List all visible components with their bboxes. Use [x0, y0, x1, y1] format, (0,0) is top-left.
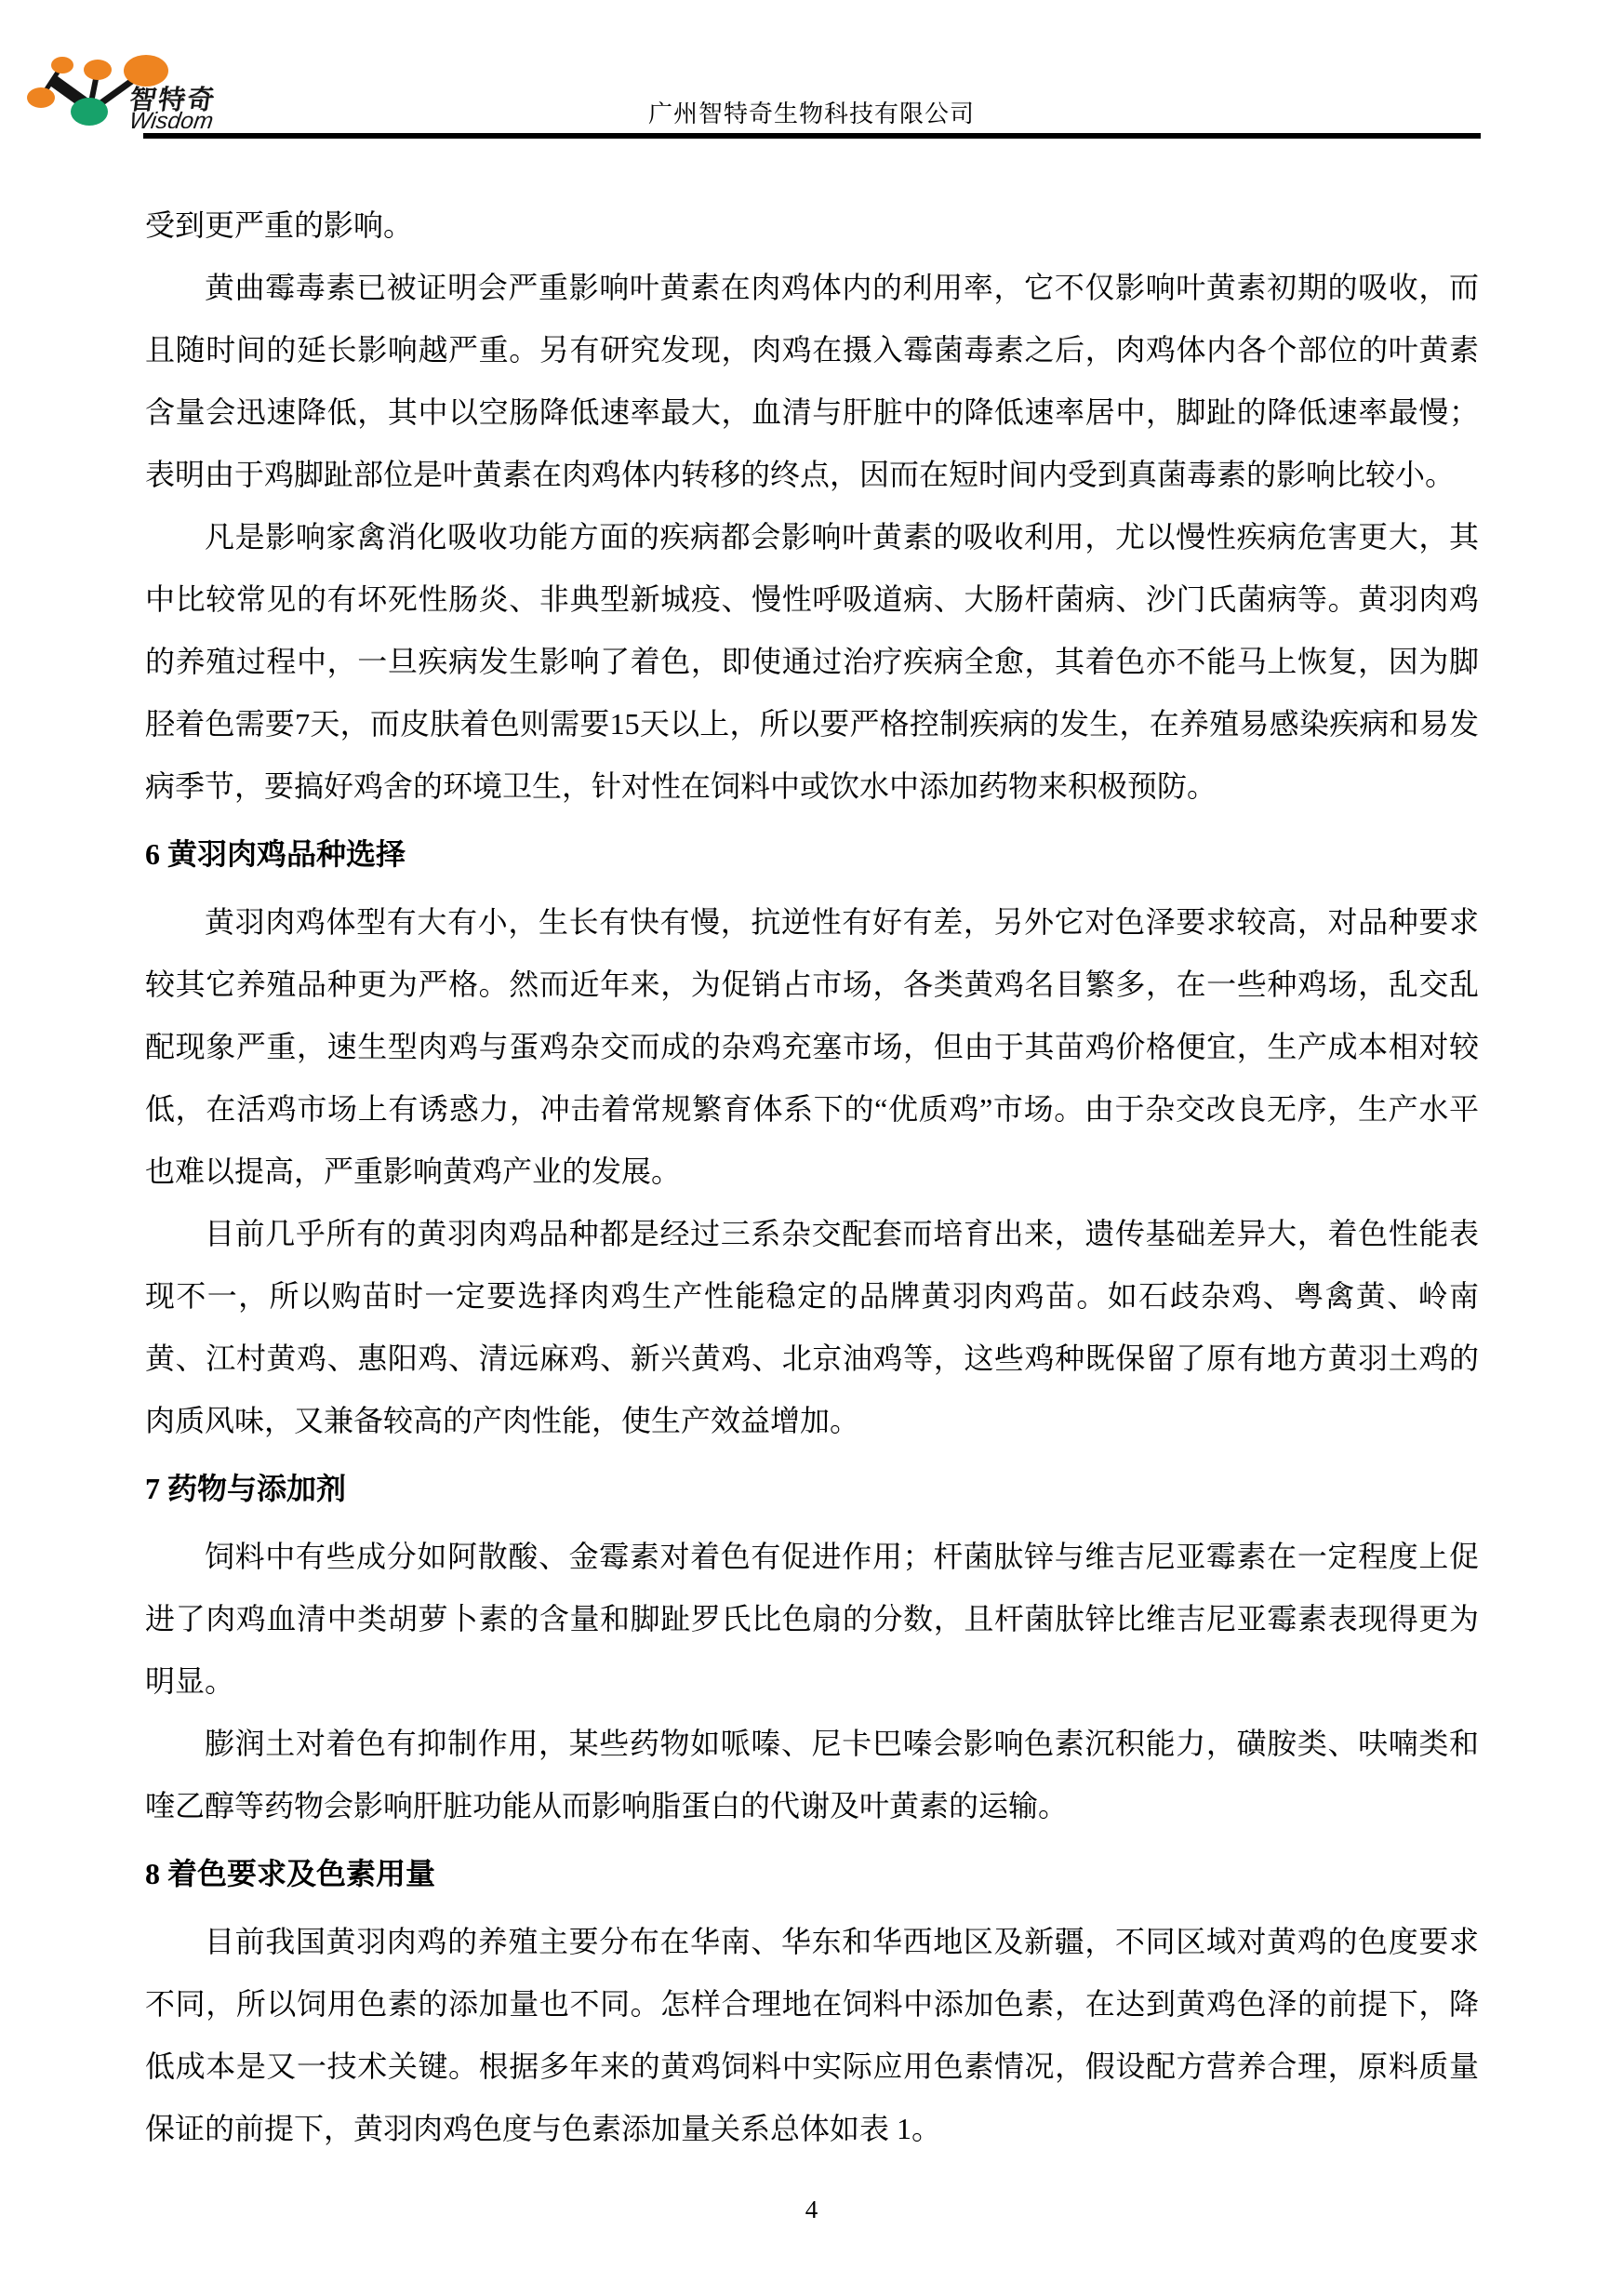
page-number: 4 — [805, 2196, 818, 2224]
paragraph: 黄曲霉毒素已被证明会严重影响叶黄素在肉鸡体内的利用率，它不仅影响叶黄素初期的吸收… — [145, 257, 1479, 506]
section-heading-7: 7 药物与添加剂 — [145, 1458, 1479, 1520]
section-heading-6: 6 黄羽肉鸡品种选择 — [145, 823, 1479, 886]
page-header: 智特奇 Wisdom 广州智特奇生物科技有限公司 — [0, 0, 1623, 139]
paragraph: 膨润土对着色有抑制作用，某些药物如哌嗪、尼卡巴嗪会影响色素沉积能力，磺胺类、呋喃… — [145, 1713, 1479, 1837]
paragraph: 目前我国黄羽肉鸡的养殖主要分布在华南、华东和华西地区及新疆，不同区域对黄鸡的色度… — [145, 1911, 1479, 2160]
document-body: 受到更严重的影响。 黄曲霉毒素已被证明会严重影响叶黄素在肉鸡体内的利用率，它不仅… — [0, 139, 1623, 2160]
paragraph: 凡是影响家禽消化吸收功能方面的疾病都会影响叶黄素的吸收利用，尤以慢性疾病危害更大… — [145, 506, 1479, 818]
document-page: 智特奇 Wisdom 广州智特奇生物科技有限公司 受到更严重的影响。 黄曲霉毒素… — [0, 0, 1623, 2296]
paragraph: 黄羽肉鸡体型有大有小，生长有快有慢，抗逆性有好有差，另外它对色泽要求较高，对品种… — [145, 891, 1479, 1203]
page-footer: 4 — [0, 2196, 1623, 2224]
section-heading-8: 8 着色要求及色素用量 — [145, 1843, 1479, 1905]
paragraph: 目前几乎所有的黄羽肉鸡品种都是经过三系杂交配套而培育出来，遗传基础差异大，着色性… — [145, 1203, 1479, 1452]
paragraph: 饲料中有些成分如阿散酸、金霉素对着色有促进作用；杆菌肽锌与维吉尼亚霉素在一定程度… — [145, 1526, 1479, 1713]
paragraph: 受到更严重的影响。 — [145, 194, 1479, 257]
logo-orange-node — [51, 57, 73, 73]
logo-orange-node — [84, 60, 112, 80]
logo-orange-node — [124, 55, 168, 87]
header-company-name: 广州智特奇生物科技有限公司 — [0, 95, 1623, 129]
header-rule — [143, 133, 1481, 139]
